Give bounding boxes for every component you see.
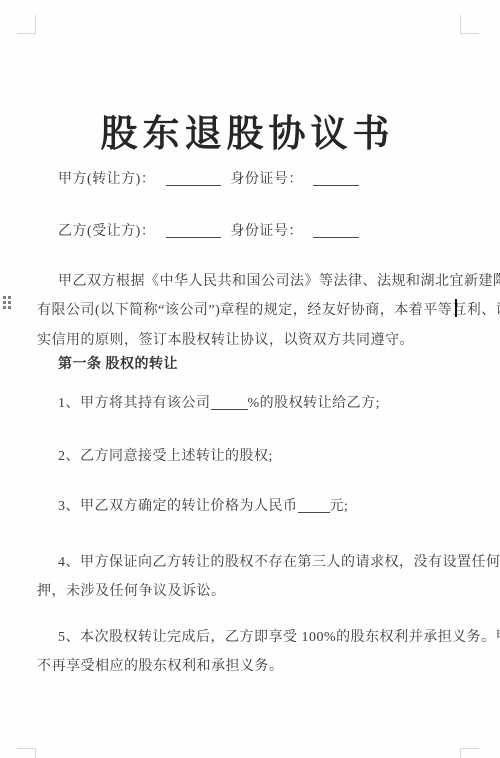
clause-item-2[interactable]: 2、乙方同意接受上述转让的股权; (37, 447, 491, 466)
clause-item-5-line-2[interactable]: 不再享受相应的股东权利和承担义务。 (37, 657, 470, 676)
party-b-label: 乙方(受让方)： (58, 224, 155, 239)
party-a-line[interactable]: 甲方(转让方)：身份证号： (37, 170, 491, 189)
clause-3-text-post: 元; (330, 499, 349, 514)
clause-1-percent-blank[interactable] (211, 395, 248, 410)
preamble-line-2[interactable]: 有限公司(以下简称“该公司”)章程的规定，经友好协商，本着平等互利、诚 (37, 301, 470, 320)
clause-item-4-line-1[interactable]: 4、甲方保证向乙方转让的股权不存在第三人的请求权，没有设置任何质 (37, 553, 491, 572)
clause-3-amount-blank[interactable] (298, 498, 330, 513)
party-b-name-blank[interactable] (166, 223, 221, 238)
party-a-id-blank[interactable] (313, 171, 359, 186)
text-cursor (455, 299, 457, 317)
clause-1-text-pre: 1、甲方将其持有该公司 (58, 396, 211, 411)
preamble-line-3[interactable]: 实信用的原则，签订本股权转让协议，以资双方共同遵守。 (37, 331, 470, 350)
party-b-line[interactable]: 乙方(受让方)：身份证号： (37, 222, 491, 241)
clause-item-4-line-2[interactable]: 押，未涉及任何争议及诉讼。 (37, 582, 470, 601)
party-b-id-label: 身份证号： (230, 224, 303, 239)
crop-mark-bottom-left (17, 748, 36, 758)
clause-item-1[interactable]: 1、甲方将其持有该公司%的股权转让给乙方; (37, 394, 491, 413)
clause-item-5-line-1[interactable]: 5、本次股权转让完成后，乙方即享受 100%的股东权利并承担义务。甲方 (37, 628, 491, 647)
party-a-name-blank[interactable] (166, 171, 221, 186)
document-title: 股东退股协议书 (35, 113, 460, 157)
clause-3-text-pre: 3、甲乙双方确定的转让价格为人民币 (58, 499, 298, 514)
clause-1-text-post: %的股权转让给乙方; (248, 396, 381, 411)
crop-mark-top-right (460, 15, 479, 34)
crop-mark-bottom-right (460, 748, 479, 758)
document-page: 股东退股协议书 甲方(转让方)：身份证号： 乙方(受让方)：身份证号： 甲乙双方… (0, 0, 500, 758)
clause-item-3[interactable]: 3、甲乙双方确定的转让价格为人民币元; (37, 497, 491, 516)
crop-mark-top-left (17, 15, 36, 34)
party-a-id-label: 身份证号： (230, 172, 303, 187)
party-b-id-blank[interactable] (313, 223, 359, 238)
section-heading[interactable]: 第一条 股权的转让 (37, 355, 491, 374)
preamble-line-1[interactable]: 甲乙双方根据《中华人民共和国公司法》等法律、法规和湖北宜新建陶瓷 (37, 272, 491, 291)
party-a-label: 甲方(转让方)： (58, 172, 155, 187)
drag-handle-icon[interactable] (3, 296, 12, 309)
